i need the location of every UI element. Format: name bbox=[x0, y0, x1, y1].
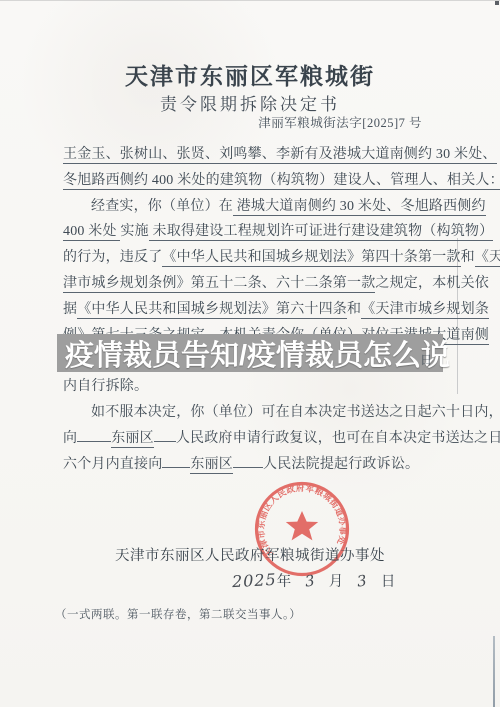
body-text-segment: 和 bbox=[347, 302, 361, 317]
fill-in-blank bbox=[154, 427, 176, 442]
body-text-segment: 向 bbox=[63, 431, 77, 446]
body-text-segment: 人民政府申请行政复议，也可在自本决定书送达之日起 bbox=[176, 431, 500, 446]
document-body: 王金玉、张树山、张贤、刘鸣攀、李新有及港城大道南侧约 30 米处、 冬旭路西侧约… bbox=[63, 142, 459, 477]
body-text-segment: 400 米处 bbox=[63, 224, 120, 241]
body-text-segment: 如不服本决定，你（单位）可在自本决定书送达之日起六十日内， bbox=[91, 405, 500, 420]
body-text-segment: 《中华人民共和国城乡规划法》第六十四条 bbox=[77, 302, 347, 319]
document-title: 天津市东丽区军粮城街 bbox=[0, 58, 500, 91]
document-photo: 天津市东丽区军粮城街 责令限期拆除决定书 津丽军粮城街法字[2025]7 号 王… bbox=[0, 0, 500, 707]
paper-right-edge-shadow bbox=[493, 636, 495, 707]
document-subtitle: 责令限期拆除决定书 bbox=[0, 90, 500, 115]
date-day-label: 日 bbox=[381, 570, 396, 591]
date-year-handwritten: 2025 bbox=[232, 570, 278, 591]
body-line: 内自行拆除。 bbox=[63, 374, 459, 400]
fill-in-value: 东丽区 bbox=[111, 431, 154, 448]
body-text-segment: 实施 bbox=[120, 224, 148, 239]
seal-star-icon bbox=[286, 511, 318, 540]
body-line: 向东丽区人民政府申请行政复议，也可在自本决定书送达之日起 bbox=[63, 426, 459, 452]
visible-fragment: 日 bbox=[420, 348, 432, 374]
body-text-segment: 王金玉、张树山、张贤、刘鸣攀、李新有及港城大道南侧约 30 米处、 bbox=[63, 147, 497, 164]
body-line: 如不服本决定，你（单位）可在自本决定书送达之日起六十日内， bbox=[63, 400, 459, 426]
body-line: 的行为，违反了《中华人民共和国城乡规划法》第四十条第一款和《天 bbox=[63, 245, 459, 271]
issue-date: 2025年 3月 3日 bbox=[232, 570, 395, 591]
body-line-obscured: 日 bbox=[63, 348, 459, 374]
body-line: 冬旭路西侧约 400 米处的建筑物（构筑物）建设人、管理人、相关人： bbox=[63, 168, 459, 194]
document-number: 津丽军粮城街法字[2025]7 号 bbox=[258, 113, 422, 131]
body-line: 津市城乡规划条例》第五十二条、六十二条第一款之规定，本机关依 bbox=[63, 271, 459, 297]
body-text-segment: 内自行拆除。 bbox=[63, 379, 148, 394]
body-text-segment: 和 bbox=[461, 250, 475, 265]
fill-in-blank bbox=[233, 453, 263, 468]
body-text-segment: 之规定，本机关依 bbox=[375, 276, 489, 291]
body-text-segment: 津市城乡规划条例》第五十二条、六十二条第一款 bbox=[63, 276, 375, 293]
body-text-segment: 冬旭路西侧约 400 米处的建筑物（构筑物）建设人、管理人、相关人： bbox=[63, 173, 500, 190]
fill-in-blank bbox=[77, 427, 111, 442]
body-line: 王金玉、张树山、张贤、刘鸣攀、李新有及港城大道南侧约 30 米处、 bbox=[63, 142, 459, 168]
fill-in-value: 东丽区 bbox=[190, 457, 233, 474]
body-text-segment: 《天 bbox=[475, 250, 500, 267]
date-month-label: 月 bbox=[329, 570, 344, 591]
body-line: 经查实，你（单位）在 港城大道南侧约 30 米处、冬旭路西侧约 bbox=[63, 194, 459, 220]
body-line: 六个月内直接向东丽区人民法院提起行政诉讼。 bbox=[63, 452, 459, 478]
body-text-segment: 经查实，你（单位）在 bbox=[91, 199, 233, 214]
body-text-segment: 《天津市城乡规划条 bbox=[361, 302, 489, 319]
body-text-segment: 六个月内直接向 bbox=[63, 457, 162, 472]
date-year-label: 年 bbox=[277, 570, 292, 591]
issuing-authority: 天津市东丽区人民政府军粮城街道办事处 bbox=[0, 544, 500, 565]
copies-note: （一式两联。第一联存卷，第二联交当事人。） bbox=[55, 606, 301, 622]
body-text-segment: 的行为，违反了 bbox=[63, 250, 162, 265]
body-text-segment: 人民法院提起行政诉讼。 bbox=[263, 457, 419, 472]
fill-in-blank bbox=[162, 453, 190, 468]
body-text-segment: 据 bbox=[63, 302, 77, 317]
body-text-segment: 《中华人民共和国城乡规划法》第四十条第一款 bbox=[162, 250, 460, 267]
body-line: 据《中华人民共和国城乡规划法》第六十四条和《天津市城乡规划条 bbox=[63, 297, 459, 323]
date-month-handwritten: 3 bbox=[304, 571, 316, 590]
scan-artifact bbox=[495, 1, 499, 5]
body-text-segment: 港城大道南侧约 30 米处、冬旭路西侧约 bbox=[233, 199, 486, 216]
paper-top-edge bbox=[0, 0, 500, 1]
body-text-segment: 未取得建设工程规划许可证进行建设建筑物（构筑物） bbox=[149, 224, 494, 241]
body-line: 400 米处 实施 未取得建设工程规划许可证进行建设建筑物（构筑物） bbox=[63, 219, 459, 245]
date-day-handwritten: 3 bbox=[356, 571, 368, 590]
